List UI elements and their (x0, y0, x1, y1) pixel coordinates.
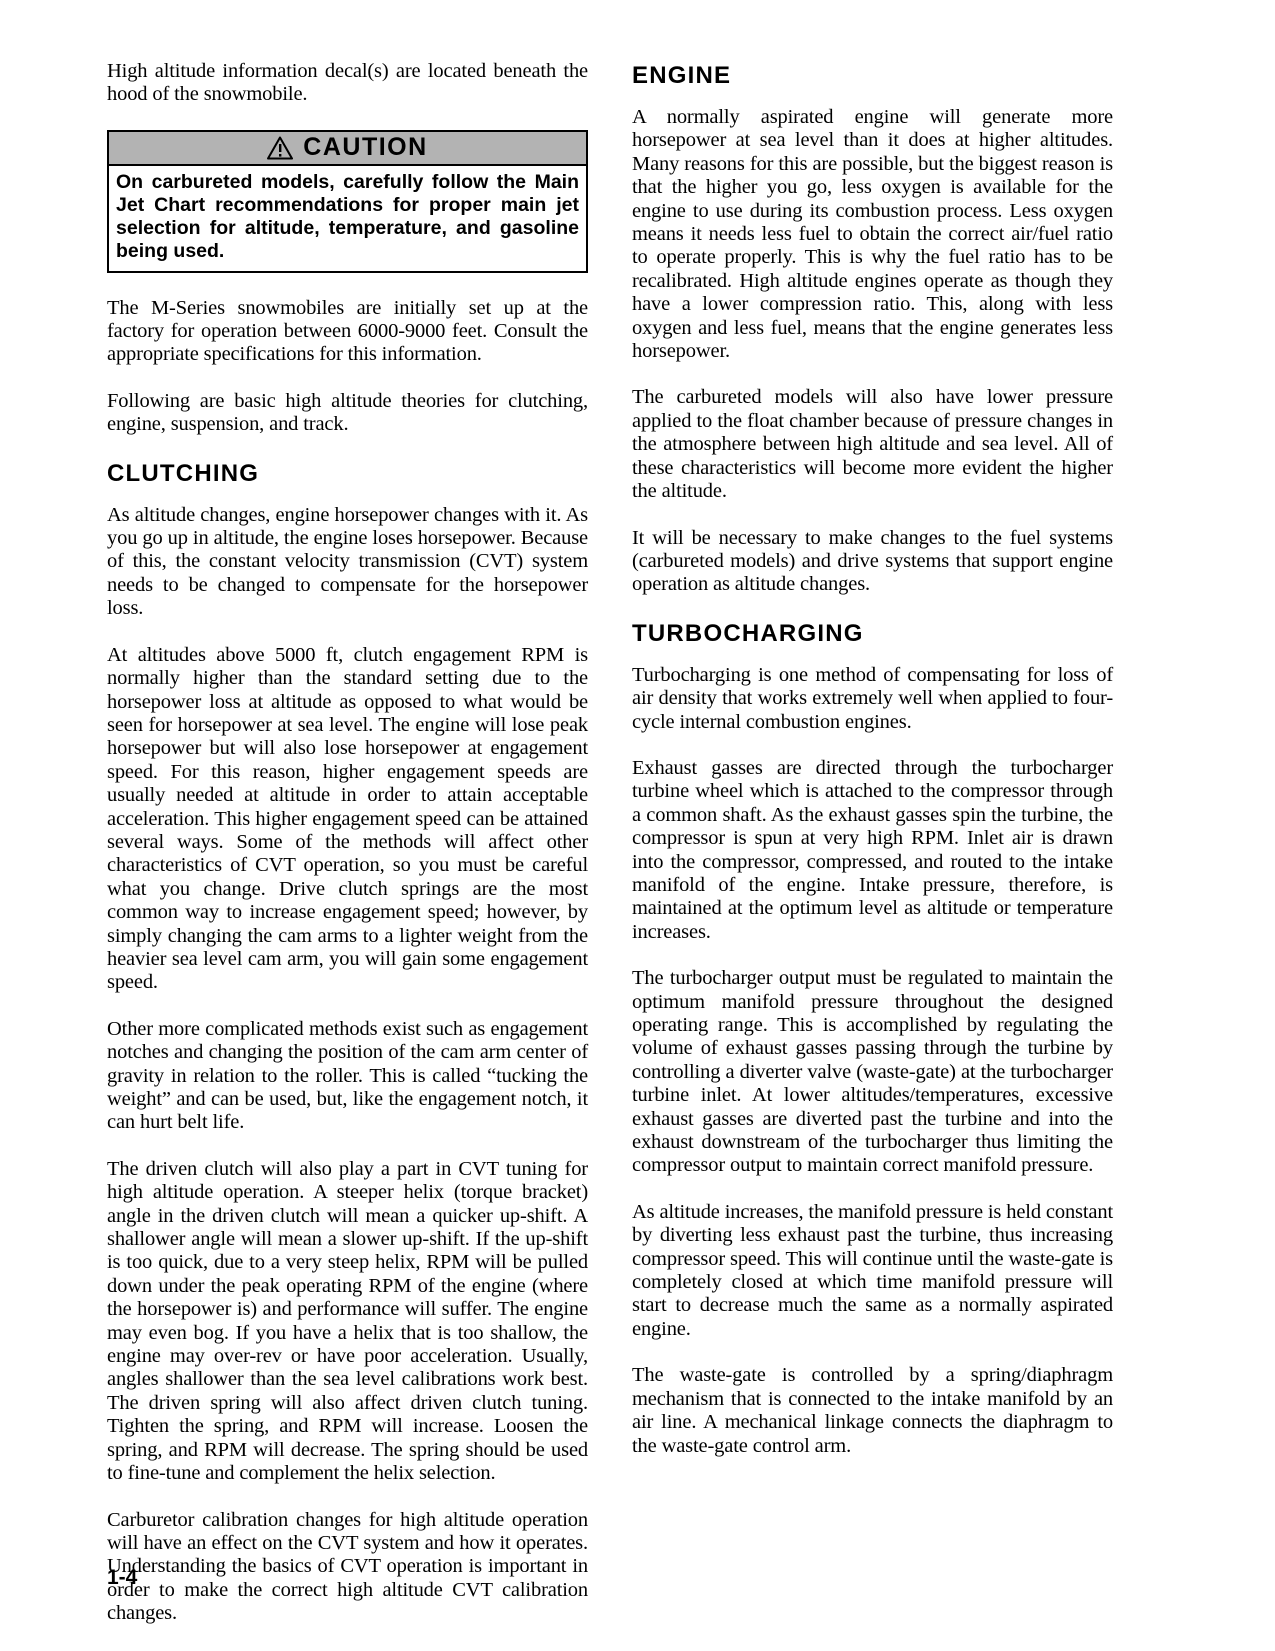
caution-box: CAUTION On carbureted models, carefully … (107, 130, 588, 273)
right-column: ENGINE A normally aspirated engine will … (632, 60, 1113, 1649)
paragraph: The driven clutch will also play a part … (107, 1158, 588, 1486)
paragraph: Turbocharging is one method of compensat… (632, 664, 1113, 734)
page-number: 1-4 (107, 1566, 137, 1590)
paragraph: The carbureted models will also have low… (632, 386, 1113, 503)
paragraph: A normally aspirated engine will generat… (632, 106, 1113, 363)
intro-paragraph: High altitude information decal(s) are l… (107, 60, 588, 107)
paragraph: Other more complicated methods exist suc… (107, 1018, 588, 1135)
left-column: High altitude information decal(s) are l… (107, 60, 588, 1649)
manual-page: High altitude information decal(s) are l… (107, 60, 1113, 1649)
paragraph: The waste-gate is controlled by a spring… (632, 1364, 1113, 1458)
paragraph: The turbocharger output must be regulate… (632, 967, 1113, 1178)
paragraph: As altitude changes, engine horsepower c… (107, 504, 588, 621)
paragraph: Carburetor calibration changes for high … (107, 1509, 588, 1626)
warning-triangle-icon (267, 136, 293, 160)
caution-title: CAUTION (303, 133, 427, 162)
paragraph: At altitudes above 5000 ft, clutch engag… (107, 644, 588, 995)
paragraph: Exhaust gasses are directed through the … (632, 757, 1113, 944)
section-heading-engine: ENGINE (632, 62, 1113, 90)
section-heading-clutching: CLUTCHING (107, 460, 588, 488)
section-heading-turbocharging: TURBOCHARGING (632, 620, 1113, 648)
paragraph: The M-Series snowmobiles are initially s… (107, 297, 588, 367)
caution-header: CAUTION (109, 132, 586, 166)
caution-text: On carbureted models, carefully follow t… (109, 166, 586, 271)
paragraph: As altitude increases, the manifold pres… (632, 1201, 1113, 1341)
paragraph: It will be necessary to make changes to … (632, 527, 1113, 597)
paragraph: Following are basic high altitude theori… (107, 390, 588, 437)
